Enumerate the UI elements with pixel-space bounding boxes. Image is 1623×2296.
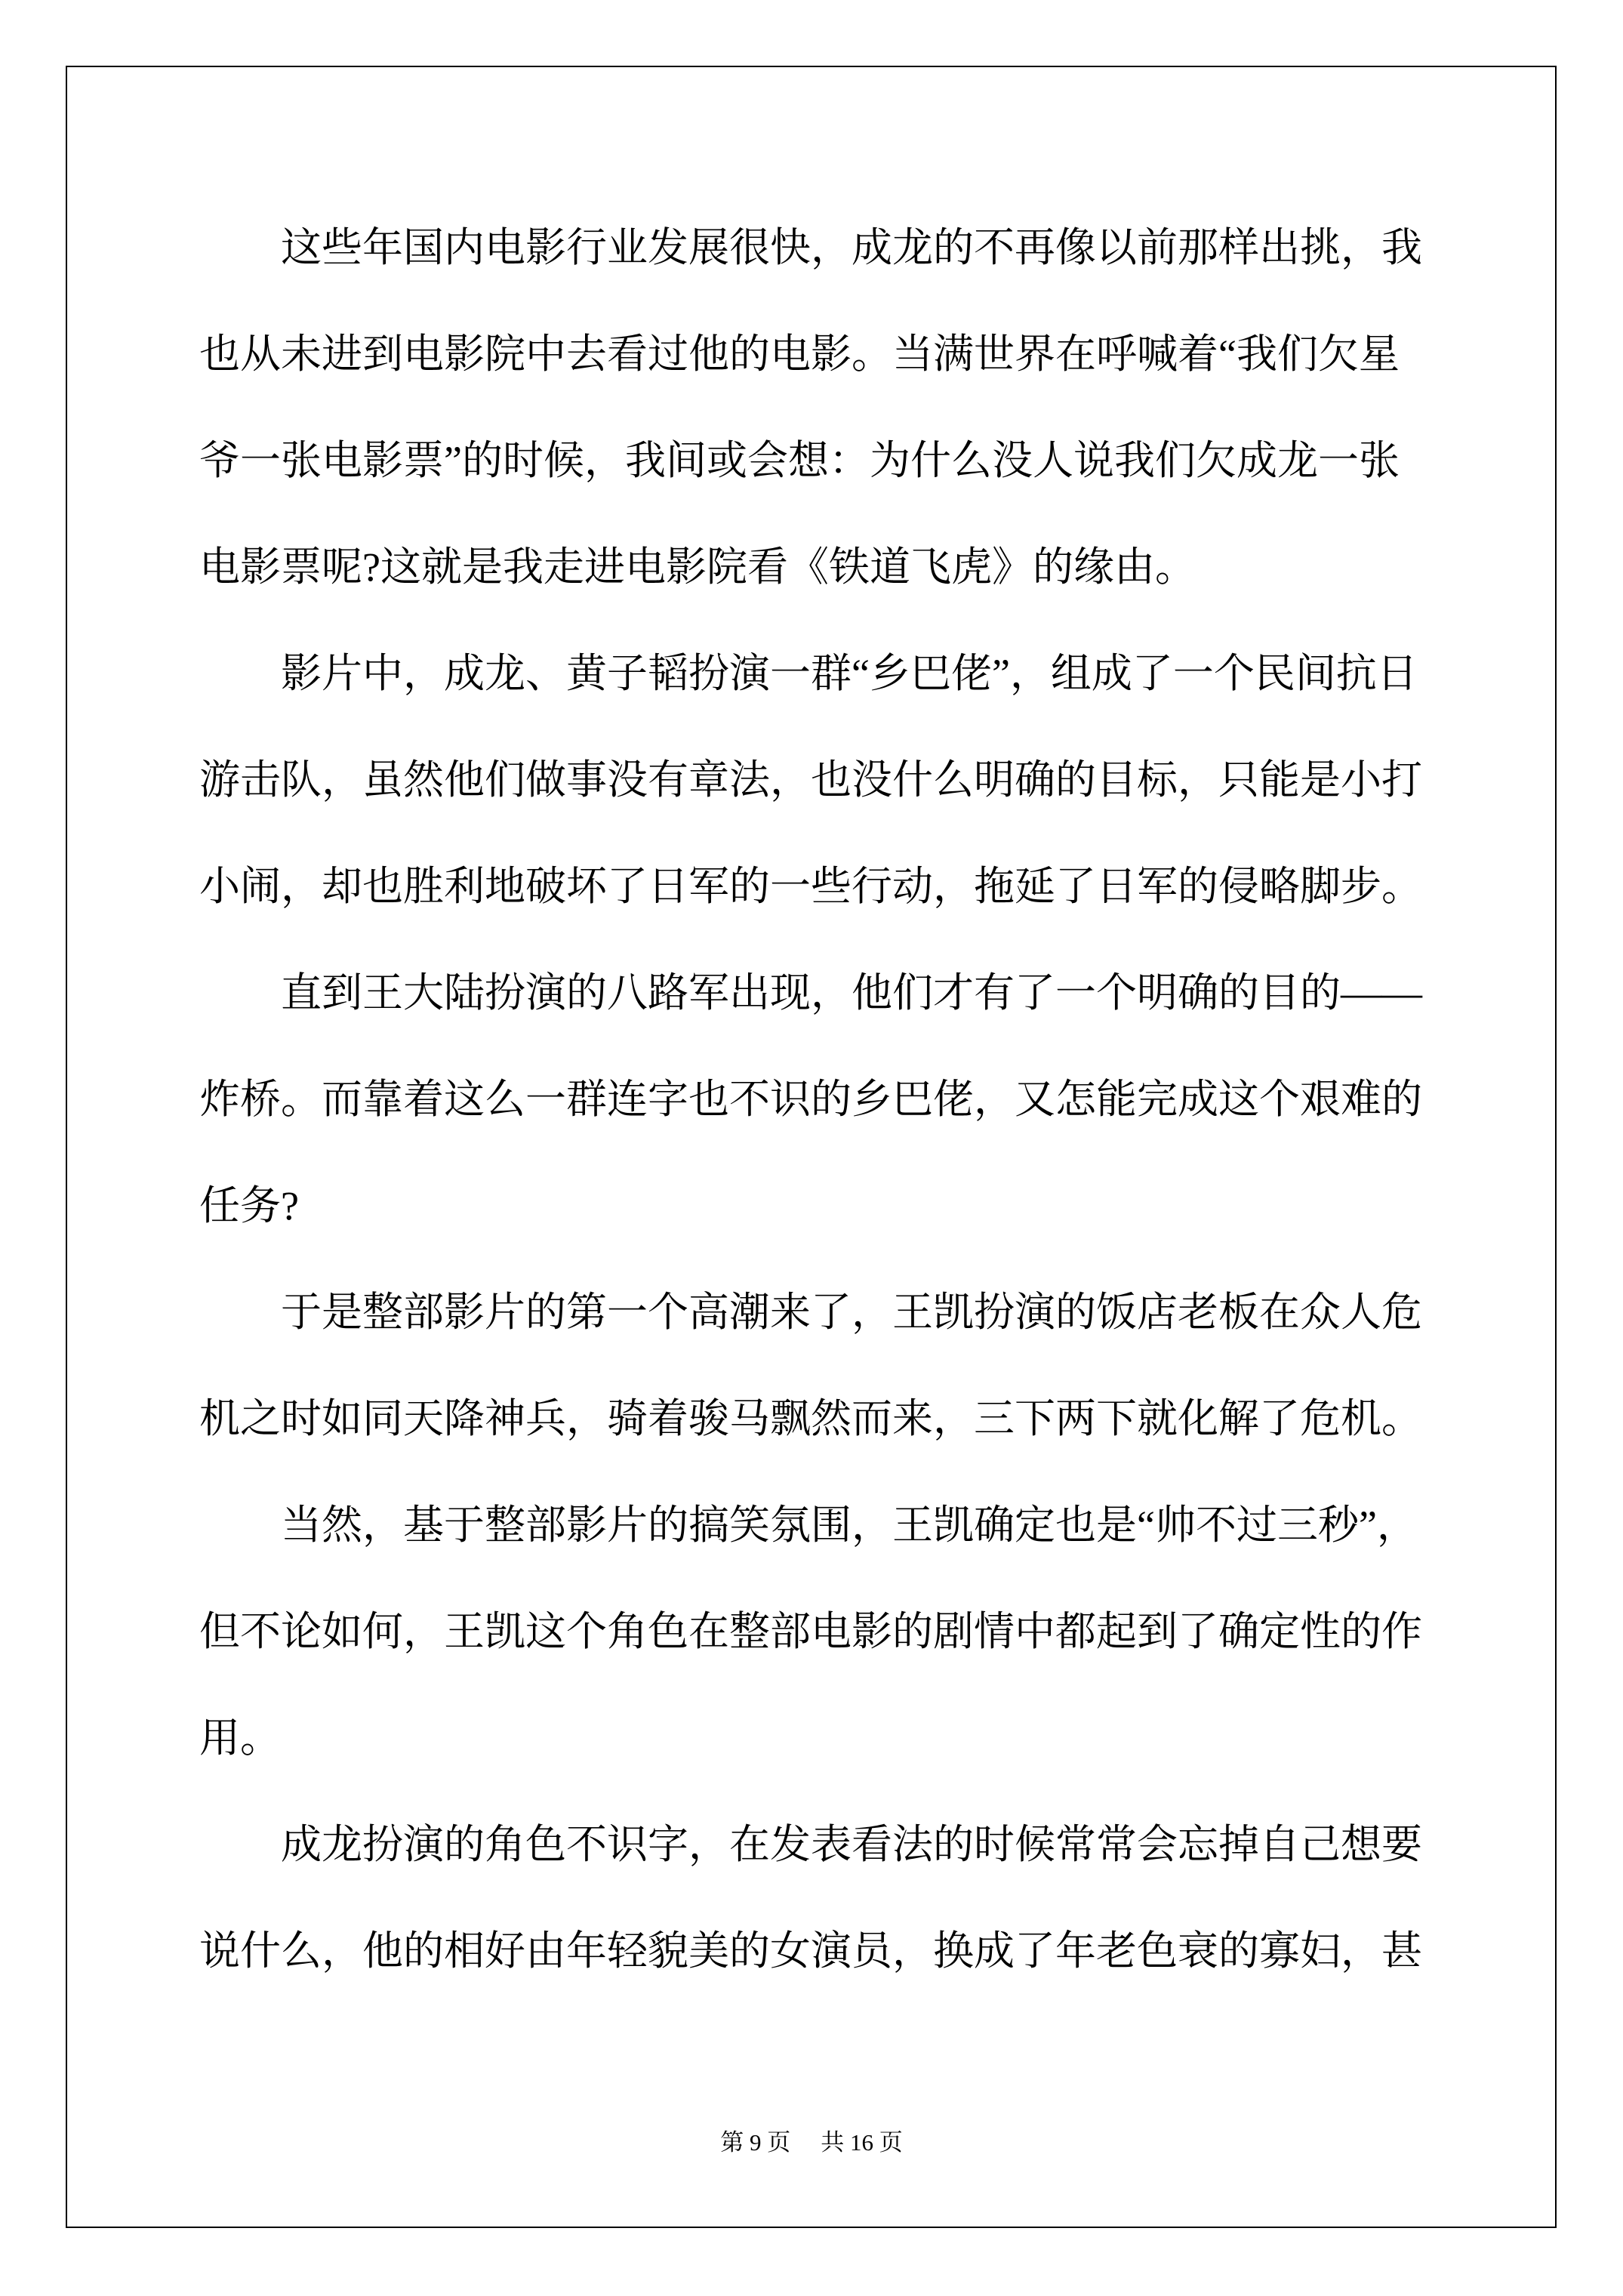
text-line: 于是整部影片的第一个高潮来了，王凯扮演的饭店老板在众人危 — [199, 1259, 1445, 1366]
text-line: 影片中，成龙、黄子韬扮演一群“乡巴佬”，组成了一个民间抗日 — [199, 621, 1445, 727]
paragraph: 直到王大陆扮演的八路军出现，他们才有了一个明确的目的——炸桥。而靠着这么一群连字… — [199, 940, 1445, 1259]
text-line: 电影票呢?这就是我走进电影院看《铁道飞虎》的缘由。 — [199, 514, 1445, 621]
text-line: 也从未进到电影院中去看过他的电影。当满世界在呼喊着“我们欠星 — [199, 301, 1445, 408]
paragraph: 当然，基于整部影片的搞笑氛围，王凯确定也是“帅不过三秒”，但不论如何，王凯这个角… — [199, 1472, 1445, 1792]
text-line: 直到王大陆扮演的八路军出现，他们才有了一个明确的目的—— — [199, 940, 1445, 1046]
page-number-label: 第 9 页 — [720, 2129, 790, 2156]
text-line: 这些年国内电影行业发展很快，成龙的不再像以前那样出挑，我 — [199, 195, 1445, 301]
text-line: 炸桥。而靠着这么一群连字也不识的乡巴佬，又怎能完成这个艰难的 — [199, 1046, 1445, 1153]
paragraph: 这些年国内电影行业发展很快，成龙的不再像以前那样出挑，我也从未进到电影院中去看过… — [199, 195, 1445, 621]
text-line: 但不论如何，王凯这个角色在整部电影的剧情中都起到了确定性的作 — [199, 1579, 1445, 1685]
paragraph: 成龙扮演的角色不识字，在发表看法的时候常常会忘掉自己想要说什么，他的相好由年轻貌… — [199, 1792, 1445, 2005]
document-body: 这些年国内电影行业发展很快，成龙的不再像以前那样出挑，我也从未进到电影院中去看过… — [199, 195, 1445, 2005]
paragraph: 影片中，成龙、黄子韬扮演一群“乡巴佬”，组成了一个民间抗日游击队，虽然他们做事没… — [199, 621, 1445, 940]
text-line: 游击队，虽然他们做事没有章法，也没什么明确的目标，只能是小打 — [199, 727, 1445, 834]
text-line: 任务? — [199, 1153, 1445, 1259]
page-footer: 第 9 页共 16 页 — [0, 2128, 1623, 2158]
text-line: 用。 — [199, 1685, 1445, 1792]
text-line: 成龙扮演的角色不识字，在发表看法的时候常常会忘掉自己想要 — [199, 1792, 1445, 1898]
text-line: 小闹，却也胜利地破坏了日军的一些行动，拖延了日军的侵略脚步。 — [199, 834, 1445, 940]
paragraph: 于是整部影片的第一个高潮来了，王凯扮演的饭店老板在众人危机之时如同天降神兵，骑着… — [199, 1259, 1445, 1472]
text-line: 爷一张电影票”的时候，我间或会想：为什么没人说我们欠成龙一张 — [199, 408, 1445, 514]
text-line: 说什么，他的相好由年轻貌美的女演员，换成了年老色衰的寡妇，甚 — [199, 1898, 1445, 2005]
text-line: 机之时如同天降神兵，骑着骏马飘然而来，三下两下就化解了危机。 — [199, 1366, 1445, 1472]
text-line: 当然，基于整部影片的搞笑氛围，王凯确定也是“帅不过三秒”， — [199, 1472, 1445, 1579]
total-pages-label: 共 16 页 — [821, 2129, 903, 2156]
